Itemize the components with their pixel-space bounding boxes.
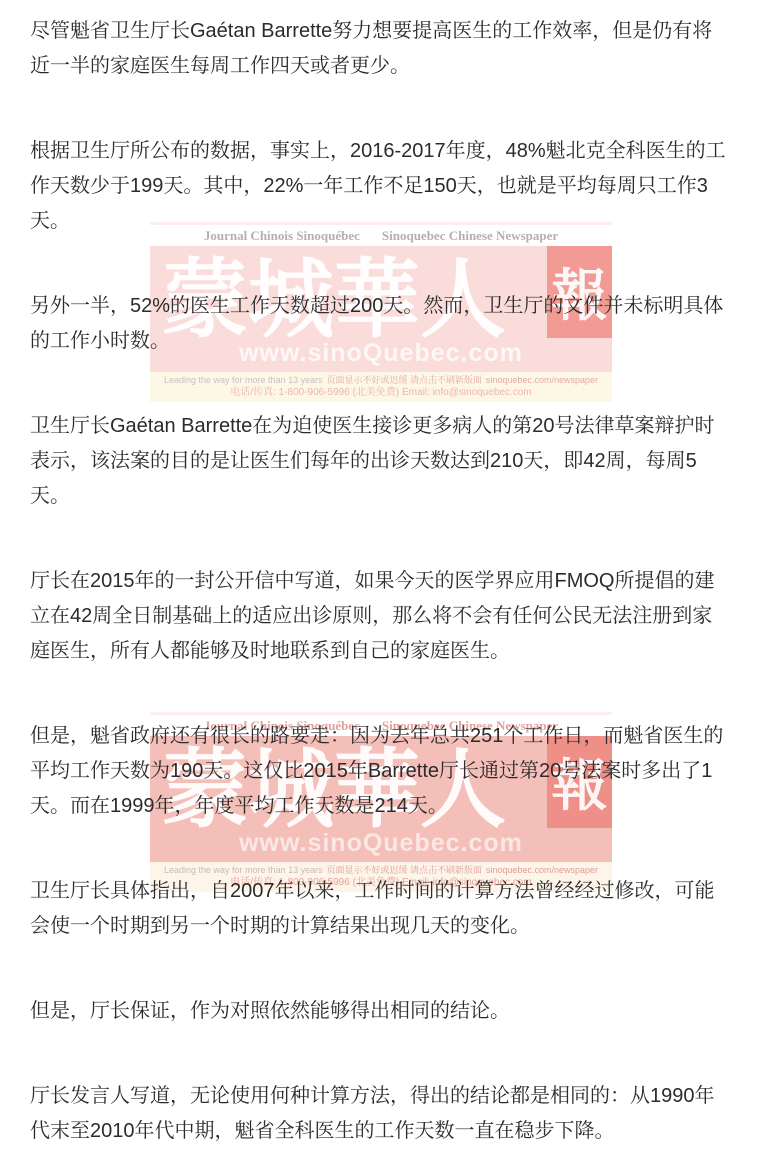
article-paragraph: 卫生厅长具体指出，自2007年以来，工作时间的计算方法曾经经过修改，可能会使一个…	[30, 874, 730, 944]
article-body: 尽管魁省卫生厅长Gaétan Barrette努力想要提高医生的工作效率，但是仍…	[0, 0, 759, 1154]
article-paragraph: 另外一半，52%的医生工作天数超过200天。然而，卫生厅的文件并未标明具体的工作…	[30, 289, 730, 359]
article-paragraph: 卫生厅长Gaétan Barrette在为迫使医生接诊更多病人的第20号法律草案…	[30, 409, 730, 514]
article-paragraph: 但是，厅长保证，作为对照依然能够得出相同的结论。	[30, 994, 730, 1029]
article-paragraph: 厅长发言人写道，无论使用何种计算方法，得出的结论都是相同的：从1990年代末至2…	[30, 1079, 730, 1149]
article-paragraph: 但是，魁省政府还有很长的路要走：因为去年总共251个工作日，而魁省医生的平均工作…	[30, 719, 730, 824]
article-paragraph: 尽管魁省卫生厅长Gaétan Barrette努力想要提高医生的工作效率，但是仍…	[30, 14, 730, 84]
article-paragraph: 厅长在2015年的一封公开信中写道，如果今天的医学界应用FMOQ所提倡的建立在4…	[30, 564, 730, 669]
article-paragraph: 根据卫生厅所公布的数据，事实上，2016-2017年度，48%魁北克全科医生的工…	[30, 134, 730, 239]
article-page: Journal Chinois Sinoquébec Sinoquebec Ch…	[0, 0, 759, 1154]
